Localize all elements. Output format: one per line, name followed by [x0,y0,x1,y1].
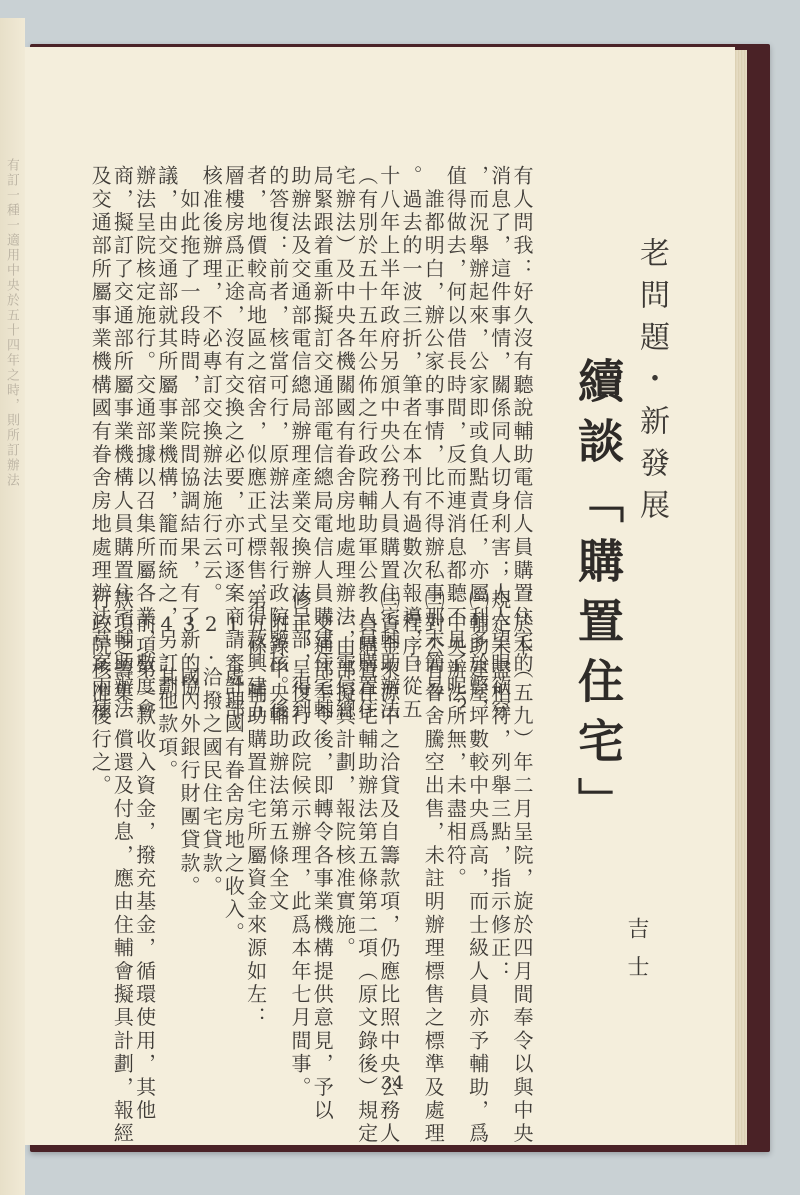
text-column: 行政院核准後行之。 [86,589,113,798]
article-title: 續談「購置住宅」 [573,357,623,837]
page-number: 34 [381,1073,404,1094]
previous-page-edge: 有訂一種一適用中央於五十四年之時，則所訂辦法 [0,18,25,1195]
previous-page-ghost-text: 有訂一種一適用中央於五十四年之時，則所訂辦法 [3,158,19,718]
author-name: 吉士 [621,917,652,993]
book-page: 老問題・新發展 續談「購置住宅」 吉士 有人問我：好久沒有聽說輔助電信人員購置住… [25,47,735,1145]
series-title: 老問題・新發展 [635,237,667,531]
